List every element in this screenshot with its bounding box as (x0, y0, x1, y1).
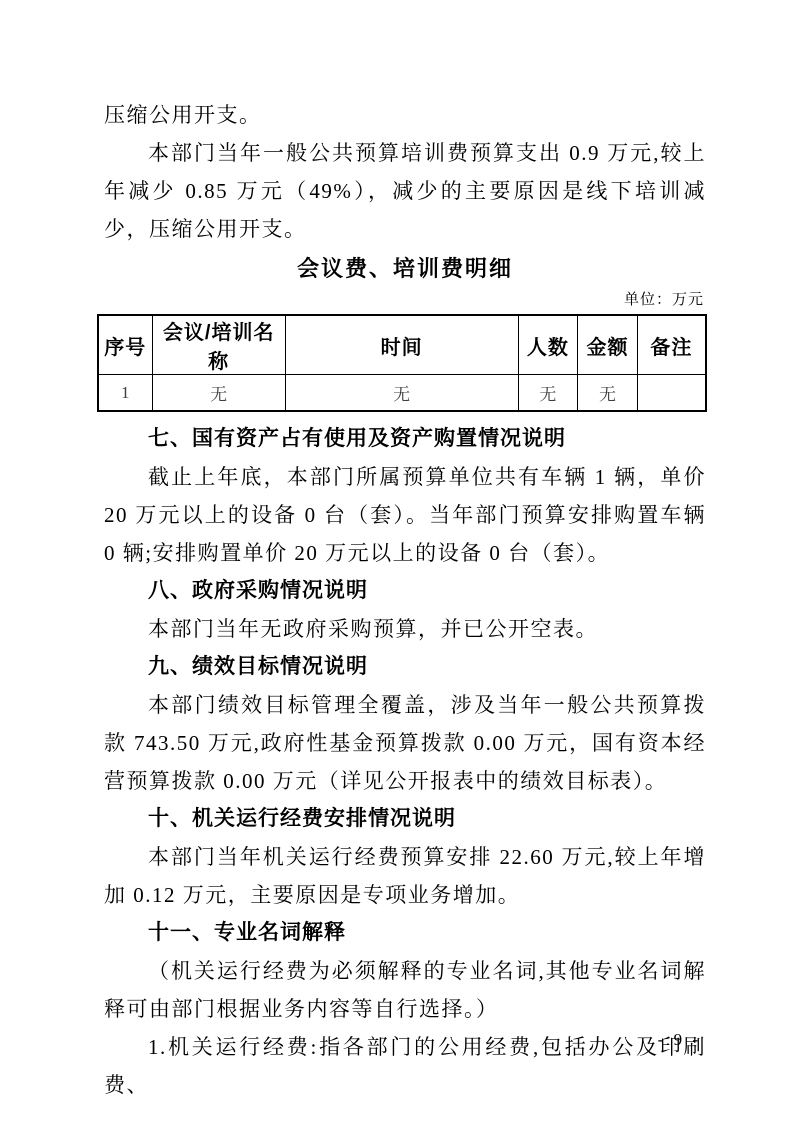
table-header-cell: 备注 (637, 315, 706, 375)
meeting-training-table: 序号会议/培训名称时间人数金额备注 1无无无无 (97, 314, 707, 412)
table-header-cell: 金额 (578, 315, 638, 375)
table-cell: 无 (152, 375, 285, 412)
document-page: 压缩公用开支。 本部门当年一般公共预算培训费预算支出 0.9 万元,较上年减少 … (0, 0, 793, 1122)
table-cell: 无 (285, 375, 518, 412)
table-head: 序号会议/培训名称时间人数金额备注 (98, 315, 706, 375)
table-cell (637, 375, 706, 412)
paragraph-continuation: 压缩公用开支。 (104, 96, 706, 134)
table-header-row: 序号会议/培训名称时间人数金额备注 (98, 315, 706, 375)
paragraph-training-budget: 本部门当年一般公共预算培训费预算支出 0.9 万元,较上年减少 0.85 万元（… (104, 134, 706, 248)
page-number: - 9 - (658, 1030, 701, 1050)
table-header-cell: 会议/培训名称 (152, 315, 285, 375)
table-header-cell: 序号 (98, 315, 152, 375)
table-title: 会议费、培训费明细 (104, 252, 706, 286)
section-paragraph: 截止上年底，本部门所属预算单位共有车辆 1 辆，单价 20 万元以上的设备 0 … (104, 458, 706, 572)
table-header-cell: 人数 (518, 315, 578, 375)
table-header-cell: 时间 (285, 315, 518, 375)
section-heading: 十、机关运行经费安排情况说明 (104, 800, 706, 838)
section-paragraph: 本部门绩效目标管理全覆盖，涉及当年一般公共预算拨款 743.50 万元,政府性基… (104, 686, 706, 800)
section-paragraph: 本部门当年无政府采购预算，并已公开空表。 (104, 610, 706, 648)
table-row: 1无无无无 (98, 375, 706, 412)
section-heading: 九、绩效目标情况说明 (104, 648, 706, 686)
section-heading: 八、政府采购情况说明 (104, 572, 706, 610)
table-unit-label: 单位：万元 (104, 289, 704, 311)
section-heading: 十一、专业名词解释 (104, 914, 706, 952)
sections: 七、国有资产占有使用及资产购置情况说明截止上年底，本部门所属预算单位共有车辆 1… (104, 420, 706, 1104)
table-cell: 1 (98, 375, 152, 412)
table-body: 1无无无无 (98, 375, 706, 412)
table-cell: 无 (578, 375, 638, 412)
table-cell: 无 (518, 375, 578, 412)
section-paragraph: 本部门当年机关运行经费预算安排 22.60 万元,较上年增加 0.12 万元，主… (104, 838, 706, 914)
section-heading: 七、国有资产占有使用及资产购置情况说明 (104, 420, 706, 458)
section-paragraph: （机关运行经费为必须解释的专业名词,其他专业名词解释可由部门根据业务内容等自行选… (104, 952, 706, 1028)
document-content: 压缩公用开支。 本部门当年一般公共预算培训费预算支出 0.9 万元,较上年减少 … (104, 96, 706, 1104)
section-paragraph: 1.机关运行经费:指各部门的公用经费,包括办公及印刷费、 (104, 1028, 706, 1104)
